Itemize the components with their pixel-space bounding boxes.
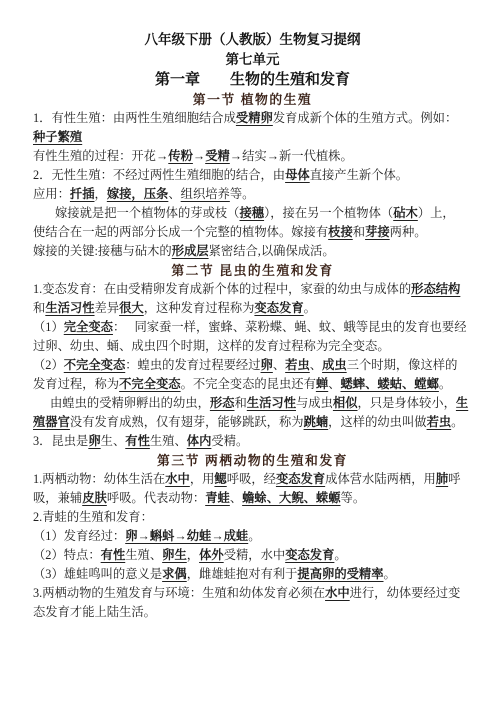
text-line: （1）完全变态： 同家蚕一样，蜜蜂、菜粉蝶、蝇、蚊、蛾等昆虫的发育也要经	[33, 318, 472, 337]
text-run: 紧密结合,以确保成活。	[209, 244, 335, 258]
text-run: 生殖、	[125, 548, 162, 562]
text-run: （1）发育经过：	[33, 529, 125, 543]
text-run: 。不完全变态的昆虫还有	[181, 377, 316, 391]
text-run: 。	[451, 415, 463, 429]
emphasized-text-run: 枝接	[328, 225, 353, 239]
text-line: （3）雄蛙鸣叫的意义是求偶，雌雄蛙抱对有利于提高卵的受精率。	[33, 565, 472, 584]
emphasized-text-run: 接穗	[239, 206, 264, 220]
text-run: 使结合在一起的两部分长成一个完整的植物体。嫁接有	[33, 225, 328, 239]
text-run: 、	[328, 377, 340, 391]
text-line: 应用：扦插，嫁接，压条、组织培养等。	[33, 185, 472, 204]
emphasized-text-run: 很大	[119, 301, 144, 315]
text-run: 。	[304, 301, 316, 315]
text-run: 、	[273, 358, 285, 372]
emphasized-text-run: 受精	[205, 149, 230, 163]
text-run: →	[193, 149, 205, 163]
text-run: ： 同家蚕一样，蜜蜂、菜粉蝶、蝇、蚊、蛾等昆虫的发育也要经	[113, 320, 467, 334]
emphasized-text-run: 卵	[88, 434, 100, 448]
text-run: 呼吸，经	[227, 472, 276, 486]
text-run: 1.两栖动物：幼体生活在	[33, 472, 165, 486]
text-run: ）上，	[418, 206, 455, 220]
text-run: 进行，幼体要经过变	[350, 586, 461, 600]
text-run: ：蝗虫的发育过程要经过	[125, 358, 260, 372]
text-run: 发育过程，称为	[33, 377, 119, 391]
emphasized-text-run: 扦插	[70, 187, 95, 201]
text-line: （1）发育经过：卵→蝌蚪→幼蛙→成蛙。	[33, 527, 472, 546]
text-run: （1）	[33, 320, 64, 334]
text-line: 1.两栖动物：幼体生活在水中，用鳃呼吸，经变态发育成体营水陆两栖，用肺呼	[33, 470, 472, 489]
text-run: ，这样的幼虫叫做	[328, 415, 426, 429]
text-line: 和生活习性差异很大，这种发育过程称为变态发育。	[33, 299, 472, 318]
text-run: 三个时期，像这样的	[347, 358, 458, 372]
text-run: 受精，水中	[224, 548, 286, 562]
text-line: 2.青蛙的生殖和发育：	[33, 508, 472, 527]
text-line: 态发育才能上陆生活。	[33, 603, 472, 622]
text-run: 和	[234, 396, 246, 410]
emphasized-text-run: 体外	[199, 548, 224, 562]
text-run: 成体营水陆两栖，用	[325, 472, 436, 486]
text-run: 生、	[101, 434, 126, 448]
text-line: 发育过程，称为不完全变态。不完全变态的昆虫还有蝉、蟋蟀、蝼蛄、螳螂。	[33, 375, 472, 394]
chapter-heading: 第一章 生物的生殖和发育	[33, 69, 472, 90]
emphasized-text-run: 完全变态	[64, 320, 113, 334]
emphasized-text-run: 相似	[333, 396, 358, 410]
text-run: 发育成新个体的生殖方式。例如：	[273, 111, 457, 125]
text-run: 1．有性生殖：由两性生殖细胞结合成	[33, 111, 236, 125]
emphasized-text-run: 青蛙	[205, 491, 230, 505]
text-run: 3．昆虫是	[33, 434, 88, 448]
text-run: ，只是身体较小，	[358, 396, 456, 410]
text-line: 2．无性生殖：不经过两性生殖细胞的结合，由母体直接产生新个体。	[33, 166, 472, 185]
text-run: 第二节 昆虫的生殖和发育	[171, 263, 333, 278]
emphasized-text-run: 水中	[325, 586, 350, 600]
text-run: ，	[187, 548, 199, 562]
emphasized-text-run: 形态	[210, 396, 235, 410]
emphasized-text-run: 蝉	[316, 377, 328, 391]
text-line: 过卵、幼虫、蛹、成虫四个时期，这样的发育过程称为完全变态。	[33, 337, 472, 356]
text-run: 有性生殖的过程：开花→	[33, 149, 168, 163]
text-run: 应用：	[33, 187, 70, 201]
emphasized-text-run: 有性	[125, 434, 150, 448]
text-run: 2．无性生殖：不经过两性生殖细胞的结合，由	[33, 168, 285, 182]
text-run: 、	[230, 491, 242, 505]
emphasized-text-run: 提高卵的受精率	[297, 567, 383, 581]
emphasized-text-run: 跳蝻	[304, 415, 329, 429]
emphasized-text-run: 变态发育	[276, 472, 325, 486]
text-run: 两种。	[390, 225, 427, 239]
emphasized-text-run: 水中	[165, 472, 190, 486]
emphasized-text-run: 皮肤	[82, 491, 107, 505]
text-run: 、	[310, 358, 322, 372]
text-run: 吸，兼辅	[33, 491, 82, 505]
emphasized-text-run: 鳃	[214, 472, 226, 486]
emphasized-text-run: 生活习性	[45, 301, 94, 315]
emphasized-text-run: 卵生	[162, 548, 187, 562]
text-line: 嫁接的关键:接穗与砧木的形成层紧密结合,以确保成活。	[33, 242, 472, 261]
text-line: （2）特点：有性生殖、卵生，体外受精，水中变态发育。	[33, 546, 472, 565]
emphasized-text-run: 蟋蟀、蝼蛄、螳螂	[341, 377, 439, 391]
emphasized-text-run: 芽接	[365, 225, 390, 239]
emphasized-text-run: 有性	[101, 548, 126, 562]
text-run: 受精。	[211, 434, 248, 448]
text-run: 。	[439, 377, 451, 391]
text-line: 1.变态发育：在由受精卵发育成新个体的过程中，家蚕的幼虫与成体的形态结构	[33, 280, 472, 299]
emphasized-text-run: 传粉	[168, 149, 193, 163]
emphasized-text-run: 母体	[285, 168, 310, 182]
emphasized-text-run: 蟾蜍、大鲵、蝾螈	[242, 491, 340, 505]
text-run: ，	[95, 187, 107, 201]
emphasized-text-run: 卵→蝌蚪→幼蛙→成蛙	[125, 529, 248, 543]
document-page: 八年级下册（人教版）生物复习提纲 第七单元 第一章 生物的生殖和发育 第一节 植…	[0, 0, 500, 708]
text-run: 和	[33, 301, 45, 315]
emphasized-text-run: 生	[456, 396, 468, 410]
emphasized-text-run: 肺	[436, 472, 448, 486]
text-run: 呼吸。代表动物：	[107, 491, 205, 505]
text-run: （2）特点：	[33, 548, 101, 562]
text-run: 第一节 植物的生殖	[193, 92, 312, 107]
text-line: 使结合在一起的两部分长成一个完整的植物体。嫁接有枝接和芽接两种。	[33, 223, 472, 242]
emphasized-text-run: 不完全变态	[64, 358, 126, 372]
text-run: 过卵、幼虫、蛹、成虫四个时期，这样的发育过程称为完全变态。	[33, 339, 390, 353]
emphasized-text-run: 若虫	[285, 358, 310, 372]
text-line: 3.两栖动物的生殖发育与环境：生殖和幼体发育必须在水中进行，幼体要经过变	[33, 584, 472, 603]
emphasized-text-run: 卵	[261, 358, 273, 372]
text-run: （3）雄蛙鸣叫的意义是	[33, 567, 162, 581]
text-run: 。	[334, 548, 346, 562]
emphasized-text-run: 殖器官	[33, 415, 70, 429]
text-line: 殖器官没有发育成熟，仅有翅芽，能够跳跃，称为跳蝻，这样的幼虫叫做若虫。	[33, 413, 472, 432]
emphasized-text-run: 形成层	[172, 244, 209, 258]
text-run: 等。	[230, 187, 255, 201]
text-run: 没有发育成熟，仅有翅芽，能够跳跃，称为	[70, 415, 304, 429]
text-run: 生殖、	[150, 434, 187, 448]
text-run: 嫁接就是把一个植物体的芽或枝（	[55, 206, 239, 220]
text-run: 态发育才能上陆生活。	[33, 605, 156, 619]
text-run: 第三节 两栖动物的生殖和发育	[157, 453, 348, 468]
text-run: 与成虫	[296, 396, 333, 410]
text-run: 和	[353, 225, 365, 239]
text-run: 由蝗虫的受精卵孵出的幼虫，	[50, 396, 210, 410]
emphasized-text-run: 受精卵	[236, 111, 273, 125]
emphasized-text-run: 生活习性	[247, 396, 296, 410]
text-run: 呼	[448, 472, 460, 486]
emphasized-text-run: 变态发育	[254, 301, 303, 315]
text-run: 、	[168, 187, 180, 201]
text-run: 3.两栖动物的生殖发育与环境：生殖和幼体发育必须在	[33, 586, 325, 600]
text-run: ），接在另一个植物体（	[264, 206, 393, 220]
text-run: ，用	[190, 472, 215, 486]
text-line: 嫁接就是把一个植物体的芽或枝（接穗），接在另一个植物体（砧木）上，	[33, 204, 472, 223]
emphasized-text-run: 成虫	[322, 358, 347, 372]
emphasized-text-run: 嫁接，压条	[107, 187, 169, 201]
text-line: 由蝗虫的受精卵孵出的幼虫，形态和生活习性与成虫相似，只是身体较小，生	[33, 394, 472, 413]
emphasized-text-run: 砧木	[393, 206, 418, 220]
emphasized-text-run: 组织培养	[181, 187, 230, 201]
emphasized-text-run: 种子繁殖	[33, 130, 82, 144]
text-run: 1.变态发育：在由受精卵发育成新个体的过程中，家蚕的幼虫与成体的	[33, 282, 411, 296]
section-heading: 第三节 两栖动物的生殖和发育	[33, 451, 472, 470]
text-run: 2.青蛙的生殖和发育：	[33, 510, 153, 524]
section-heading: 第二节 昆虫的生殖和发育	[33, 261, 472, 280]
text-run: ，这种发育过程称为	[144, 301, 255, 315]
text-run: 嫁接的关键:接穗与砧木的	[33, 244, 172, 258]
emphasized-text-run: 不完全变态	[119, 377, 181, 391]
text-line: 种子繁殖	[33, 128, 472, 147]
unit-heading: 第七单元	[33, 50, 472, 69]
text-run: 差异	[95, 301, 120, 315]
text-run: （2）	[33, 358, 64, 372]
emphasized-text-run: 求偶	[162, 567, 187, 581]
document-title: 八年级下册（人教版）生物复习提纲	[33, 30, 472, 50]
text-run: 等。	[341, 491, 366, 505]
text-line: 1．有性生殖：由两性生殖细胞结合成受精卵发育成新个体的生殖方式。例如：	[33, 109, 472, 128]
emphasized-text-run: 若虫	[427, 415, 452, 429]
text-line: 3．昆虫是卵生、有性生殖、体内受精。	[33, 432, 472, 451]
text-run: 。	[384, 567, 396, 581]
document-body: 第一节 植物的生殖1．有性生殖：由两性生殖细胞结合成受精卵发育成新个体的生殖方式…	[33, 90, 472, 622]
emphasized-text-run: 变态发育	[285, 548, 334, 562]
text-run: 。	[248, 529, 260, 543]
emphasized-text-run: 体内	[187, 434, 212, 448]
section-heading: 第一节 植物的生殖	[33, 90, 472, 109]
text-run: →结实→新一代植株。	[230, 149, 353, 163]
text-run: 直接产生新个体。	[310, 168, 408, 182]
text-run: ，雌雄蛙抱对有利于	[187, 567, 298, 581]
emphasized-text-run: 形态结构	[411, 282, 460, 296]
text-line: （2）不完全变态：蝗虫的发育过程要经过卵、若虫、成虫三个时期，像这样的	[33, 356, 472, 375]
text-line: 吸，兼辅皮肤呼吸。代表动物：青蛙、蟾蜍、大鲵、蝾螈等。	[33, 489, 472, 508]
text-line: 有性生殖的过程：开花→传粉→受精→结实→新一代植株。	[33, 147, 472, 166]
